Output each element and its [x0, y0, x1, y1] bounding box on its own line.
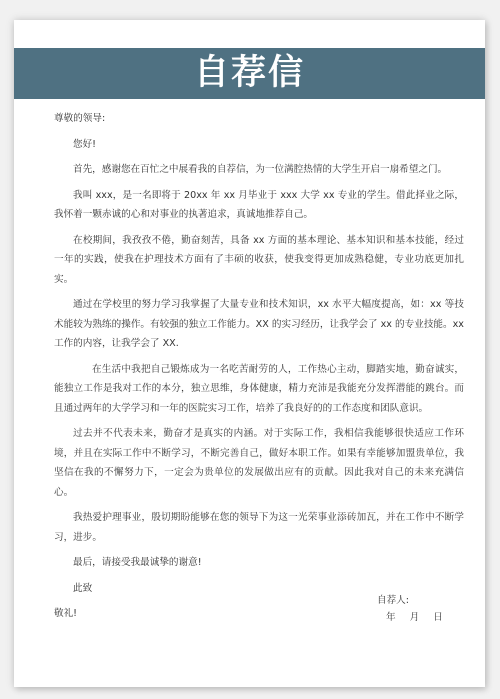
- date-year: 年: [386, 609, 396, 626]
- paragraph-8: 最后，请接受我最诚挚的谢意!: [54, 553, 464, 573]
- paragraph-7: 我热爱护理事业，殷切期盼能够在您的领导下为这一光荣事业添砖加瓦，并在工作中不断学…: [54, 508, 464, 547]
- document-title: 自荐信: [194, 56, 305, 91]
- paragraph-1: 首先，感谢您在百忙之中展看我的自荐信，为一位满腔热情的大学生开启一扇希望之门。: [54, 160, 464, 180]
- salutation: 尊敬的领导:: [54, 109, 464, 129]
- date-day: 日: [433, 609, 443, 626]
- paragraph-5: 在生活中我把自己锻炼成为一名吃苦耐劳的人，工作热心主动，脚踏实地，勤奋诚实，能独…: [54, 360, 464, 419]
- date-month: 月: [410, 609, 420, 626]
- signature-block: 自荐人: 年月日: [377, 592, 443, 626]
- letter-page: 自荐信 尊敬的领导: 您好! 首先，感谢您在百忙之中展看我的自荐信，为一位满腔热…: [14, 20, 485, 687]
- paragraph-6: 过去并不代表未来，勤奋才是真实的内涵。对于实际工作，我相信我能够很快适应工作环境…: [54, 424, 464, 502]
- title-band: 自荐信: [14, 48, 485, 99]
- letter-body: 尊敬的领导: 您好! 首先，感谢您在百忙之中展看我的自荐信，为一位满腔热情的大学…: [54, 109, 464, 630]
- signature-date: 年月日: [377, 609, 443, 626]
- signature-label: 自荐人:: [377, 592, 443, 609]
- paragraph-2: 我叫 xxx，是一名即将于 20xx 年 xx 月毕业于 xxx 大学 xx 专…: [54, 186, 464, 225]
- greeting: 您好!: [54, 135, 464, 155]
- paragraph-4: 通过在学校里的努力学习我掌握了大量专业和技术知识，xx 水平大幅度提高，如：xx…: [54, 295, 464, 354]
- paragraph-3: 在校期间，我孜孜不倦，勤奋刻苦，具备 xx 方面的基本理论、基本知识和基本技能，…: [54, 231, 464, 290]
